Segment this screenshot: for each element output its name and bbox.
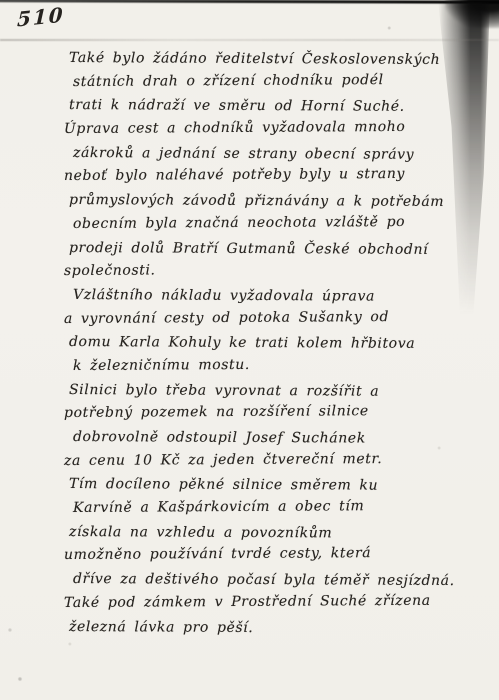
crease-line [0,39,499,41]
handwritten-line: za cenu 10 Kč za jeden čtvereční metr. [64,447,456,473]
handwritten-line: umožněno používání tvrdé cesty, která [64,542,456,568]
handwritten-line: neboť bylo naléhavé potřeby byly u stran… [64,163,456,189]
handwritten-line: státních drah o zřízení chodníku podél [73,68,456,94]
handwritten-line: potřebný pozemek na rozšíření silnice [64,400,456,426]
handwritten-line: společnosti. [64,258,456,284]
handwritten-line: železná lávka pro pěší. [69,616,456,642]
handwritten-line: obecním byla značná neochota vzláště po [73,210,456,236]
handwritten-line: Úprava cest a chodníků vyžadovala mnoho [64,116,456,142]
handwritten-line: a vyrovnání cesty od potoka Sušanky od [64,305,456,331]
scanned-page: 510 Také bylo žádáno ředitelství Českosl… [0,0,499,700]
scan-edge-top-artifact [0,0,499,4]
page-number: 510 [17,2,65,31]
handwritten-line: Karvíně a Kašpárkovicím a obec tím [73,495,456,521]
handwritten-line: k železničnímu mostu. [73,353,456,379]
handwritten-text-block: Také bylo žádáno ředitelství Českosloven… [64,47,456,639]
handwritten-line: Také pod zámkem v Prostřední Suché zříze… [64,589,456,615]
